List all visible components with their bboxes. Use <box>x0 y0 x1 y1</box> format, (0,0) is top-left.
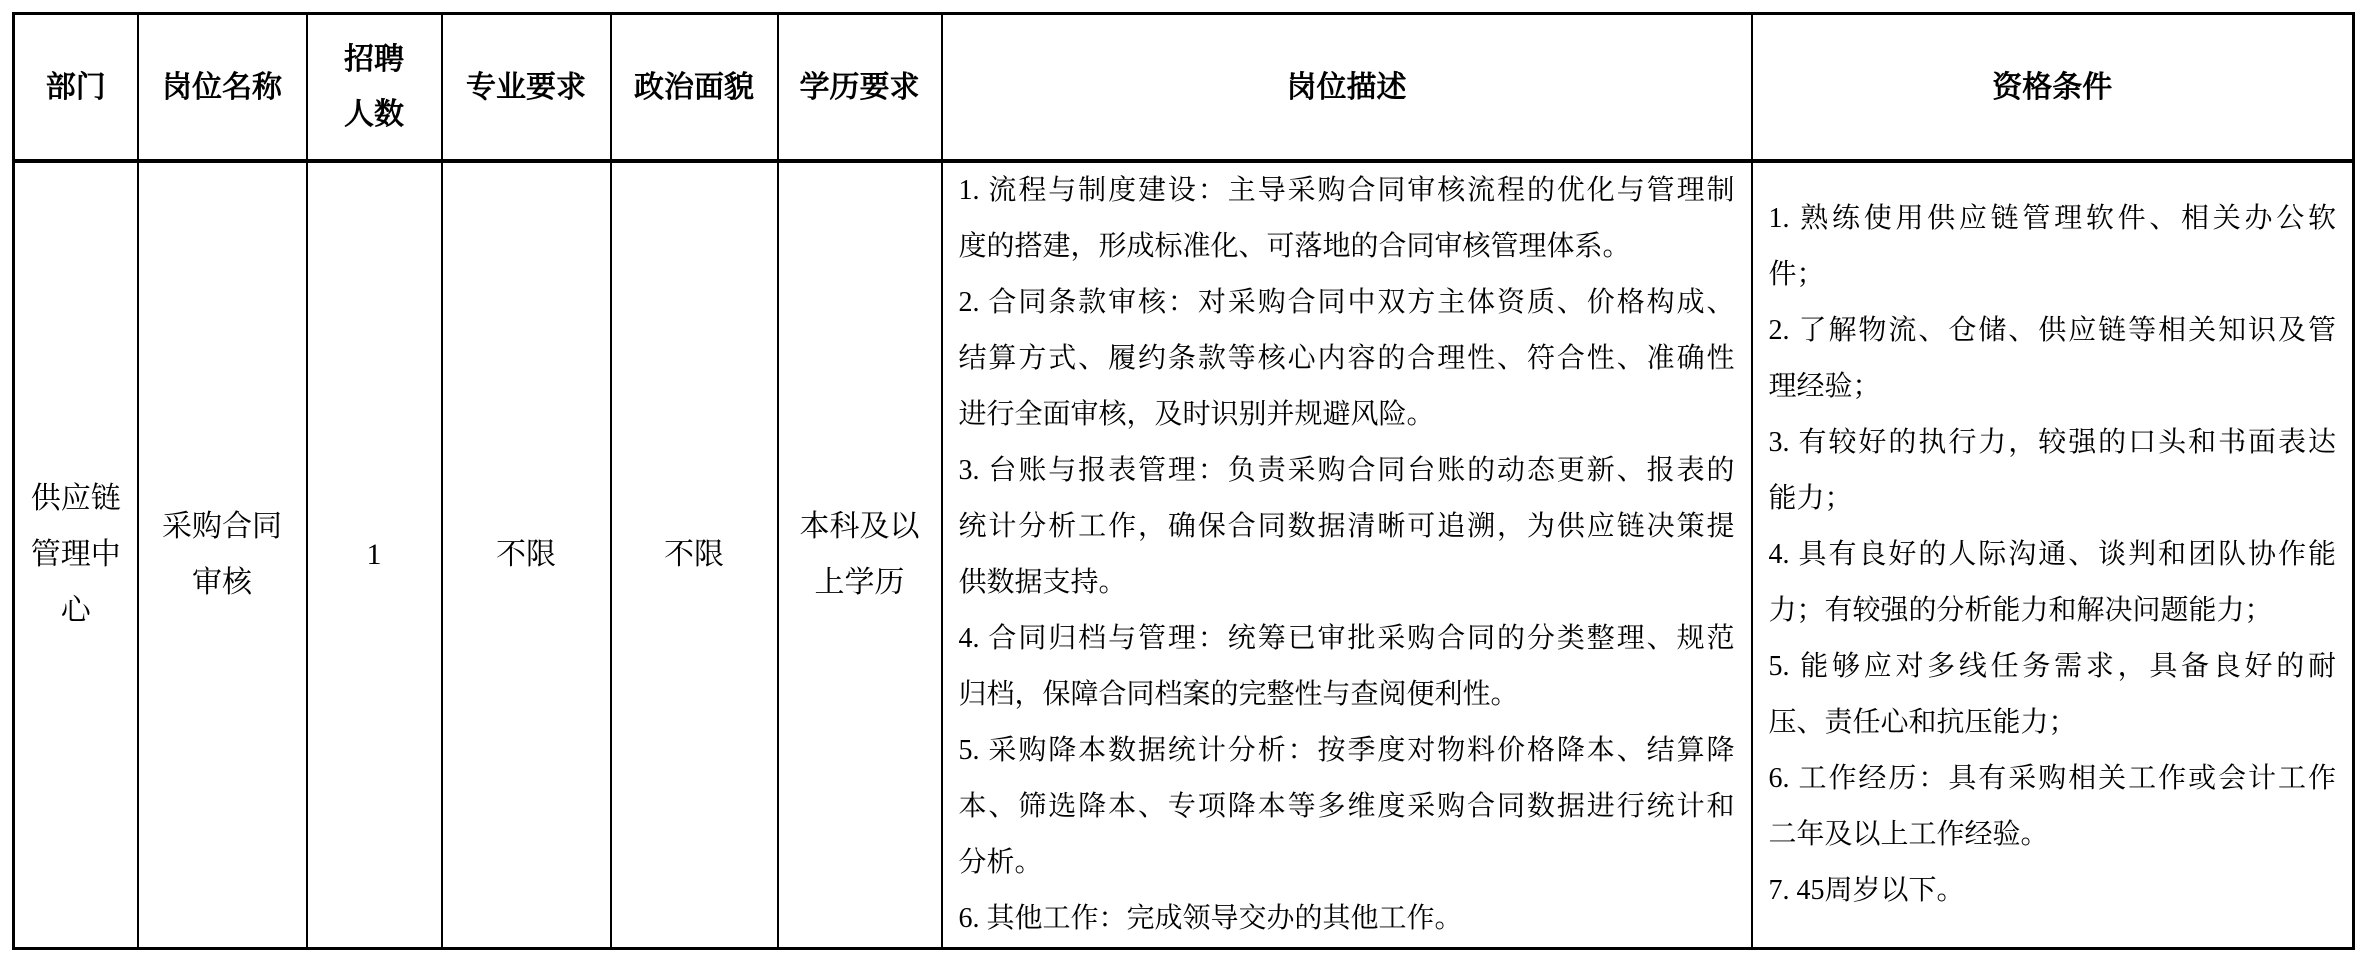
description-line: 1. 流程与制度建设：主导采购合同审核流程的优化与管理制 <box>959 163 1735 219</box>
table-row: 供应链 管理中 心 采购合同 审核 1 不限 不限 本科及以 上学历 1. 流程… <box>14 161 2354 949</box>
qualification-line: 能力； <box>1769 471 2337 527</box>
col-header-department: 部门 <box>14 14 138 162</box>
qualification-line: 压、责任心和抗压能力； <box>1769 695 2337 751</box>
description-line: 供数据支持。 <box>959 555 1735 611</box>
qualification-line: 7. 45周岁以下。 <box>1769 863 2337 919</box>
job-posting-page: 部门 岗位名称 招聘 人数 专业要求 政治面貌 学历要求 岗位描述 资格条件 供… <box>0 0 2360 960</box>
description-line: 2. 合同条款审核：对采购合同中双方主体资质、价格构成、 <box>959 275 1735 331</box>
qualification-line: 力；有较强的分析能力和解决问题能力； <box>1769 583 2337 639</box>
col-header-position: 岗位名称 <box>138 14 307 162</box>
col-header-qualification: 资格条件 <box>1752 14 2354 162</box>
job-posting-table: 部门 岗位名称 招聘 人数 专业要求 政治面貌 学历要求 岗位描述 资格条件 供… <box>12 12 2355 950</box>
description-line: 本、筛选降本、专项降本等多维度采购合同数据进行统计和 <box>959 779 1735 835</box>
header-row: 部门 岗位名称 招聘 人数 专业要求 政治面貌 学历要求 岗位描述 资格条件 <box>14 14 2354 162</box>
description-line: 5. 采购降本数据统计分析：按季度对物料价格降本、结算降 <box>959 723 1735 779</box>
cell-department: 供应链 管理中 心 <box>14 161 138 949</box>
description-line: 3. 台账与报表管理：负责采购合同台账的动态更新、报表的 <box>959 443 1735 499</box>
col-header-major: 专业要求 <box>442 14 611 162</box>
cell-education: 本科及以 上学历 <box>778 161 942 949</box>
description-line: 分析。 <box>959 835 1735 891</box>
description-line: 结算方式、履约条款等核心内容的合理性、符合性、准确性 <box>959 331 1735 387</box>
qualification-line: 件； <box>1769 247 2337 303</box>
description-line: 统计分析工作，确保合同数据清晰可追溯，为供应链决策提 <box>959 499 1735 555</box>
cell-job-description: 1. 流程与制度建设：主导采购合同审核流程的优化与管理制度的搭建，形成标准化、可… <box>942 161 1752 949</box>
col-header-description: 岗位描述 <box>942 14 1752 162</box>
description-line: 归档，保障合同档案的完整性与查阅便利性。 <box>959 667 1735 723</box>
qualification-line: 3. 有较好的执行力，较强的口头和书面表达 <box>1769 415 2337 471</box>
cell-headcount: 1 <box>307 161 442 949</box>
col-header-education: 学历要求 <box>778 14 942 162</box>
qualification-line: 5. 能够应对多线任务需求，具备良好的耐 <box>1769 639 2337 695</box>
description-line: 进行全面审核，及时识别并规避风险。 <box>959 387 1735 443</box>
qualification-line: 6. 工作经历：具有采购相关工作或会计工作 <box>1769 751 2337 807</box>
qualification-line: 1. 熟练使用供应链管理软件、相关办公软 <box>1769 191 2337 247</box>
cell-position: 采购合同 审核 <box>138 161 307 949</box>
qualifications-text: 1. 熟练使用供应链管理软件、相关办公软件；2. 了解物流、仓储、供应链等相关知… <box>1769 191 2337 919</box>
qualification-line: 二年及以上工作经验。 <box>1769 807 2337 863</box>
qualification-line: 理经验； <box>1769 359 2337 415</box>
cell-qualifications: 1. 熟练使用供应链管理软件、相关办公软件；2. 了解物流、仓储、供应链等相关知… <box>1752 161 2354 949</box>
qualification-line: 4. 具有良好的人际沟通、谈判和团队协作能 <box>1769 527 2337 583</box>
qualification-line: 2. 了解物流、仓储、供应链等相关知识及管 <box>1769 303 2337 359</box>
cell-political-status: 不限 <box>611 161 778 949</box>
description-line: 6. 其他工作：完成领导交办的其他工作。 <box>959 891 1735 947</box>
job-description-text: 1. 流程与制度建设：主导采购合同审核流程的优化与管理制度的搭建，形成标准化、可… <box>959 163 1735 947</box>
col-header-headcount: 招聘 人数 <box>307 14 442 162</box>
cell-major: 不限 <box>442 161 611 949</box>
description-line: 度的搭建，形成标准化、可落地的合同审核管理体系。 <box>959 219 1735 275</box>
col-header-political: 政治面貌 <box>611 14 778 162</box>
description-line: 4. 合同归档与管理：统筹已审批采购合同的分类整理、规范 <box>959 611 1735 667</box>
